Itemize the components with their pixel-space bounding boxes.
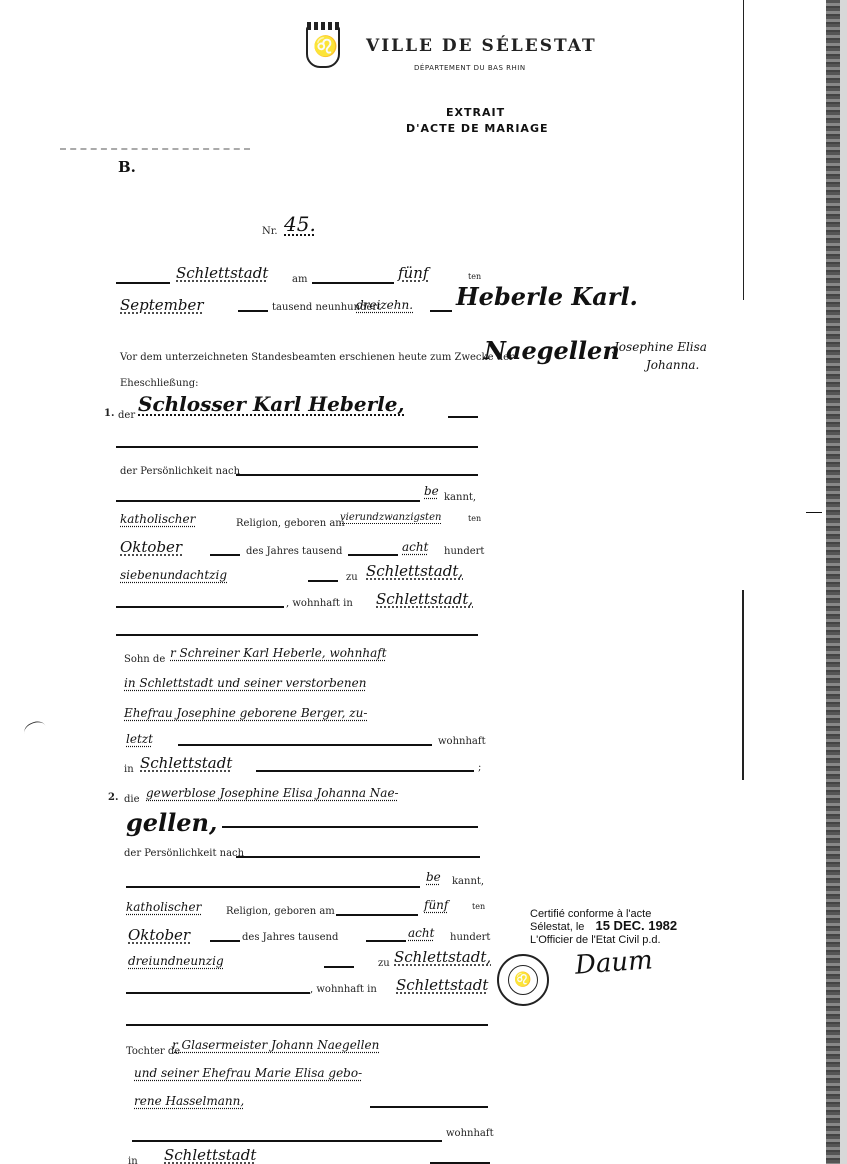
fill-line <box>238 310 268 312</box>
fill-line <box>312 282 394 284</box>
groom-religion: katholischer <box>120 512 195 526</box>
lion-icon: ♌ <box>313 36 338 56</box>
groom-birth-day: vierundzwanzigsten <box>340 512 441 523</box>
city-title: VILLE DE SÉLESTAT <box>366 36 597 56</box>
bride-name-line1: gewerblose Josephine Elisa Johanna Nae- <box>146 786 399 800</box>
fill-line <box>132 1140 442 1142</box>
fill-line <box>370 1106 488 1108</box>
fill-line <box>448 416 478 418</box>
year-handwritten: dreizehn. <box>356 298 413 312</box>
town-hall-seal-icon: ♌ <box>497 954 549 1006</box>
certification-date-stamp: 15 DEC. 1982 <box>595 918 677 933</box>
coat-of-arms-icon: ♌ <box>306 26 340 68</box>
bride-article: die <box>124 794 140 805</box>
fill-line <box>116 500 420 502</box>
fill-line <box>210 940 240 942</box>
in-label: in <box>128 1156 138 1164</box>
document-title-line1: EXTRAIT <box>446 106 505 119</box>
fill-line <box>116 634 478 636</box>
fill-line <box>236 856 480 858</box>
groom-parents-residence: Schlettstadt <box>140 754 232 772</box>
month-handwritten: September <box>120 296 204 314</box>
fill-line <box>336 914 418 916</box>
groom-year-label: des Jahres tausend <box>246 546 342 557</box>
fill-line <box>236 474 478 476</box>
department-subtitle: DÉPARTEMENT DU BAS RHIN <box>414 64 526 72</box>
bride-known-hw: be <box>426 870 441 884</box>
stray-mark <box>22 719 48 741</box>
number-label: Nr. <box>262 226 278 237</box>
margin-tick <box>806 512 822 513</box>
section-mark: B. <box>118 158 136 176</box>
bride-surname-header: Naegellen <box>484 336 620 365</box>
book-binding-edge <box>826 0 840 1164</box>
bride-known-label: kannt, <box>452 876 484 887</box>
margin-line-lower <box>742 590 744 780</box>
groom-residence: Schlettstadt, <box>376 590 473 608</box>
end-punctuation: ; <box>478 762 481 773</box>
bride-name-line2: gellen, <box>126 808 217 837</box>
groom-birth-year: siebenundachtzig <box>120 568 227 582</box>
groom-birthplace: Schlettstadt, <box>366 562 463 580</box>
zu-label: zu <box>346 572 358 583</box>
groom-name: Schlosser Karl Heberle, <box>138 392 404 416</box>
certification-line2: Sélestat, le 15 DEC. 1982 <box>530 920 677 933</box>
groom-surname-header: Heberle Karl. <box>456 282 638 311</box>
fill-line <box>116 282 170 284</box>
fill-line <box>222 826 478 828</box>
bride-given-names-header-2: Johanna. <box>646 358 699 372</box>
fill-line <box>256 770 474 772</box>
crest-tower-icon <box>307 22 339 30</box>
officer-signature: Daum <box>574 945 654 980</box>
groom-parents-label: Sohn de <box>124 654 165 665</box>
groom-known-label: kannt, <box>444 492 476 503</box>
fill-line <box>324 966 354 968</box>
bride-given-names-header: Josephine Elisa <box>614 340 707 354</box>
certification-line3: L'Officier de l'Etat Civil p.d. <box>530 934 661 946</box>
bride-century: acht <box>408 926 434 940</box>
place-handwritten: Schlettstadt <box>176 264 268 282</box>
fill-line <box>178 744 432 746</box>
bride-parents-residence: Schlettstadt <box>164 1146 256 1164</box>
day-handwritten: fünf <box>398 264 428 282</box>
bride-residence: Schlettstadt <box>396 976 488 994</box>
in-label: in <box>124 764 134 775</box>
hundert-label: hundert <box>450 932 490 943</box>
bride-parents-line2: und seiner Ehefrau Marie Elisa gebo- <box>134 1066 362 1080</box>
groom-parents-line1: r Schreiner Karl Heberle, wohnhaft <box>170 646 387 660</box>
bride-index: 2. <box>108 792 118 803</box>
fill-line <box>348 554 398 556</box>
intro-text-2: Eheschließung: <box>120 378 198 389</box>
groom-identity-label: der Persönlichkeit nach <box>120 466 240 477</box>
ten-suffix: ten <box>468 514 481 523</box>
document-title-line2: D'ACTE DE MARIAGE <box>406 122 549 135</box>
groom-resident-label: , wohnhaft in <box>286 598 353 609</box>
groom-index: 1. <box>104 408 114 419</box>
bride-parents-line1: r Glasermeister Johann Naegellen <box>172 1038 379 1052</box>
lion-seal-icon: ♌ <box>508 965 538 995</box>
margin-line-upper <box>743 0 744 300</box>
fill-line <box>116 446 478 448</box>
wohnhaft-label: wohnhaft <box>438 736 486 747</box>
ten-suffix: ten <box>472 902 485 911</box>
fill-line <box>126 1024 488 1026</box>
bride-religion-label: Religion, geboren am <box>226 906 335 917</box>
bride-religion: katholischer <box>126 900 201 914</box>
page-edge <box>840 0 847 1164</box>
bride-birth-day: fünf <box>424 898 448 912</box>
fill-line <box>308 580 338 582</box>
fill-line <box>366 940 406 942</box>
zu-label: zu <box>378 958 390 969</box>
fill-line <box>430 310 452 312</box>
groom-parents-line3: Ehefrau Josephine geborene Berger, zu- <box>124 706 367 720</box>
groom-century: acht <box>402 540 428 554</box>
dashed-rule <box>60 148 250 150</box>
groom-parents-line4: letzt <box>126 732 153 746</box>
groom-birth-month: Oktober <box>120 538 182 556</box>
bride-birth-month: Oktober <box>128 926 190 944</box>
record-number: 45. <box>284 212 316 236</box>
groom-known-hw: be <box>424 484 439 498</box>
fill-line <box>116 606 284 608</box>
bride-birth-year: dreiundneunzig <box>128 954 224 968</box>
bride-birthplace: Schlettstadt, <box>394 948 491 966</box>
fill-line <box>126 992 310 994</box>
bride-resident-label: , wohnhaft in <box>310 984 377 995</box>
fill-line <box>210 554 240 556</box>
fill-line <box>126 886 420 888</box>
intro-text: Vor dem unterzeichneten Standesbeamten e… <box>120 352 514 363</box>
bride-year-label: des Jahres tausend <box>242 932 338 943</box>
groom-article: der <box>118 410 135 421</box>
certification-place-label: Sélestat, le <box>530 921 584 933</box>
ten-suffix: ten <box>468 272 481 281</box>
bride-parents-line3: rene Hasselmann, <box>134 1094 244 1108</box>
groom-religion-label: Religion, geboren am <box>236 518 345 529</box>
groom-parents-line2: in Schlettstadt und seiner verstorbenen <box>124 676 366 690</box>
am-label: am <box>292 274 307 285</box>
wohnhaft-label: wohnhaft <box>446 1128 494 1139</box>
hundert-label: hundert <box>444 546 484 557</box>
bride-identity-label: der Persönlichkeit nach <box>124 848 244 859</box>
